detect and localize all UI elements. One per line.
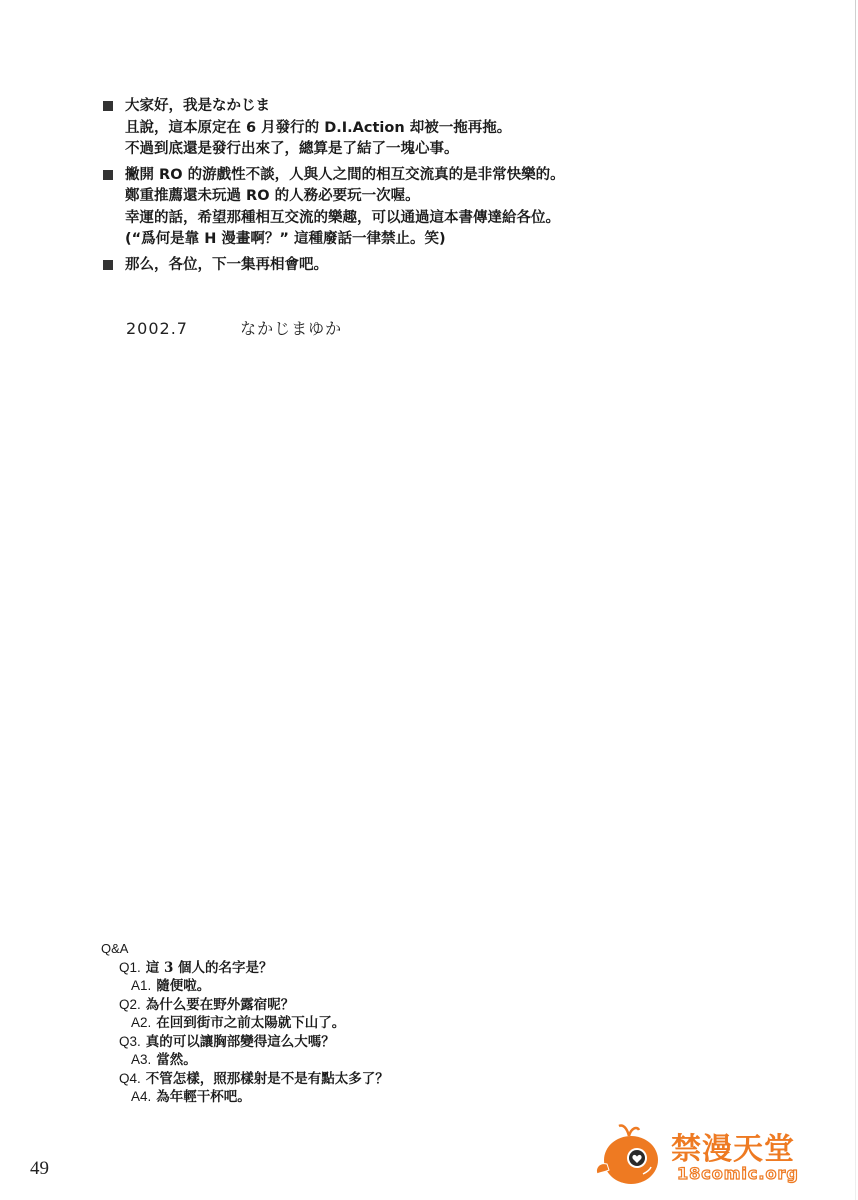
note-line: 不過到底還是發行出來了，總算是了結了一塊心事。 [125, 139, 565, 161]
note-line: 那么，各位，下一集再相會吧。 [125, 255, 565, 277]
afterword-notes: 大家好，我是なかじま 且說，這本原定在 6 月發行的 D.I.Action 却被… [103, 96, 565, 280]
qa-question: Q1.這 3 個人的名字是？ [101, 959, 389, 978]
qa-section: Q&A Q1.這 3 個人的名字是？ A1.隨便啦。 Q2.為什么要在野外露宿呢… [101, 940, 389, 1107]
note-line: 大家好，我是なかじま [125, 96, 565, 118]
answer-text: 當然。 [156, 1052, 197, 1068]
question-number: Q3. [119, 1034, 141, 1049]
square-bullet-icon [103, 101, 113, 111]
note-item: 那么，各位，下一集再相會吧。 [103, 255, 565, 277]
answer-number: A1. [131, 978, 151, 993]
question-text: 為什么要在野外露宿呢？ [146, 997, 295, 1013]
note-line: 幸運的話，希望那種相互交流的樂趣，可以通過這本書傳達給各位。 [125, 208, 565, 230]
square-bullet-icon [103, 170, 113, 180]
answer-number: A2. [131, 1015, 151, 1030]
note-line: 且說，這本原定在 6 月發行的 D.I.Action 却被一拖再拖。 [125, 118, 565, 140]
square-bullet-icon [103, 260, 113, 270]
question-number: Q2. [119, 997, 141, 1012]
question-number: Q4. [119, 1071, 141, 1086]
handwritten-signature: 2002.7 なかじまゆか [126, 316, 342, 339]
site-watermark: 禁漫天堂 18comic.org [593, 1122, 833, 1182]
signature-date: 2002.7 [126, 319, 188, 338]
note-line: (“爲何是靠 H 漫畫啊？” 這種廢話一律禁止。笑) [125, 229, 565, 251]
qa-answer: A3.當然。 [101, 1051, 389, 1070]
note-line: 鄭重推薦還未玩過 RO 的人務必要玩一次喔。 [125, 186, 565, 208]
note-item: 大家好，我是なかじま 且說，這本原定在 6 月發行的 D.I.Action 却被… [103, 96, 565, 161]
answer-number: A4. [131, 1089, 151, 1104]
answer-number: A3. [131, 1052, 151, 1067]
qa-answer: A1.隨便啦。 [101, 977, 389, 996]
question-number: Q1. [119, 960, 141, 975]
question-text: 這 3 個人的名字是？ [146, 960, 273, 976]
watermark-url: 18comic.org [677, 1164, 799, 1183]
note-item: 撇開 RO 的游戲性不談，人與人之間的相互交流真的是非常快樂的。 鄭重推薦還未玩… [103, 165, 565, 251]
answer-text: 隨便啦。 [156, 978, 210, 994]
question-text: 真的可以讓胸部變得這么大嗎？ [146, 1034, 335, 1050]
mascot-logo-icon [593, 1122, 663, 1188]
qa-title: Q&A [101, 940, 389, 959]
note-line: 撇開 RO 的游戲性不談，人與人之間的相互交流真的是非常快樂的。 [125, 165, 565, 187]
qa-question: Q3.真的可以讓胸部變得這么大嗎？ [101, 1033, 389, 1052]
answer-text: 在回到街市之前太陽就下山了。 [156, 1015, 345, 1031]
qa-answer: A4.為年輕干杯吧。 [101, 1088, 389, 1107]
qa-question: Q2.為什么要在野外露宿呢？ [101, 996, 389, 1015]
qa-question: Q4.不管怎樣，照那樣射是不是有點太多了？ [101, 1070, 389, 1089]
qa-answer: A2.在回到街市之前太陽就下山了。 [101, 1014, 389, 1033]
watermark-title: 禁漫天堂 [671, 1124, 795, 1168]
page-edge-line [855, 0, 856, 1200]
signature-name: なかじまゆか [240, 316, 342, 339]
page-number: 49 [30, 1158, 49, 1180]
question-text: 不管怎樣，照那樣射是不是有點太多了？ [146, 1071, 389, 1087]
answer-text: 為年輕干杯吧。 [156, 1089, 251, 1105]
